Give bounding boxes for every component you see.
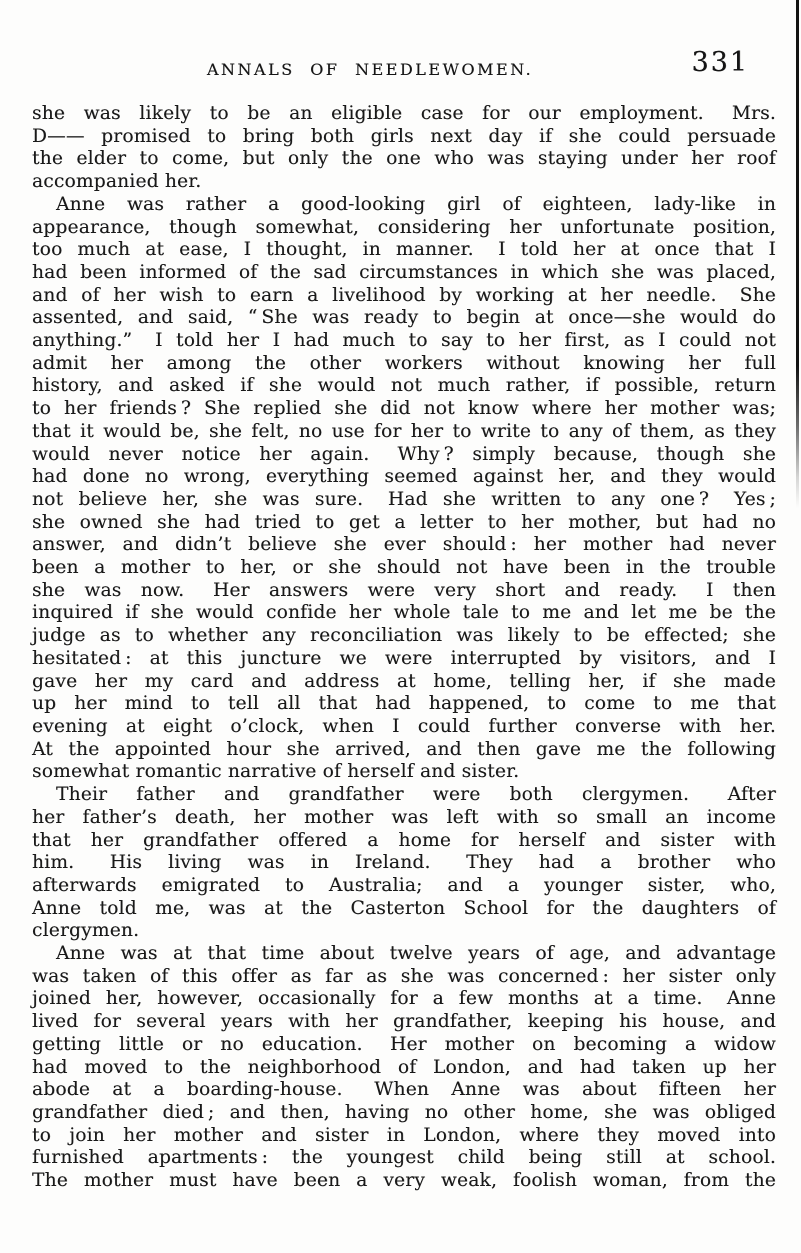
text-line: to join her mother and sister in London,…	[32, 1125, 776, 1148]
paragraph: Their father and grandfather were both c…	[32, 784, 776, 943]
paragraph: Anne was rather a good-looking girl of e…	[32, 194, 776, 784]
text-line: answer, and didn’t believe she ever shou…	[32, 534, 776, 557]
text-line: grandfather died ; and then, having no o…	[32, 1102, 776, 1125]
text-line: would never notice her again. Why ? simp…	[32, 444, 776, 467]
text-line: furnished apartments : the youngest chil…	[32, 1147, 776, 1170]
text-line: assented, and said, “ She was ready to b…	[32, 307, 776, 330]
text-line: had moved to the neighborhood of London,…	[32, 1057, 776, 1080]
text-line: that it would be, she felt, no use for h…	[32, 421, 776, 444]
text-line: Anne was at that time about twelve years…	[32, 943, 776, 966]
paragraph: she was likely to be an eligible case fo…	[32, 103, 776, 194]
text-line: lived for several years with her grandfa…	[32, 1011, 776, 1034]
text-line: was taken of this offer as far as she wa…	[32, 966, 776, 989]
text-line: the elder to come, but only the one who …	[32, 148, 776, 171]
text-line: joined her, however, occasionally for a …	[32, 988, 776, 1011]
scan-edge-artifact	[796, 0, 799, 508]
running-header-title: ANNALS OF NEEDLEWOMEN.	[207, 60, 533, 79]
paragraph: Anne was at that time about twelve years…	[32, 943, 776, 1193]
text-line: she owned she had tried to get a letter …	[32, 512, 776, 535]
text-line: had been informed of the sad circumstanc…	[32, 262, 776, 285]
text-line: Anne told me, was at the Casterton Schoo…	[32, 898, 776, 921]
text-line: she was likely to be an eligible case fo…	[32, 103, 776, 126]
text-line: afterwards emigrated to Australia; and a…	[32, 875, 776, 898]
text-line: accompanied her.	[32, 171, 776, 194]
text-line: The mother must have been a very weak, f…	[32, 1170, 776, 1193]
text-line: hesitated : at this juncture we were int…	[32, 648, 776, 671]
text-line: too much at ease, I thought, in manner. …	[32, 239, 776, 262]
text-line: that her grandfather offered a home for …	[32, 830, 776, 853]
text-line: admit her among the other workers withou…	[32, 353, 776, 376]
text-line: had done no wrong, everything seemed aga…	[32, 466, 776, 489]
text-line: anything.” I told her I had much to say …	[32, 330, 776, 353]
text-line: not believe her, she was sure. Had she w…	[32, 489, 776, 512]
scanned-page: ANNALS OF NEEDLEWOMEN. 331 she was likel…	[0, 0, 801, 1253]
text-line: and of her wish to earn a livelihood by …	[32, 285, 776, 308]
page-body-text: she was likely to be an eligible case fo…	[32, 103, 776, 1193]
text-line: At the appointed hour she arrived, and t…	[32, 739, 776, 762]
text-line: abode at a boarding-house. When Anne was…	[32, 1079, 776, 1102]
text-line: she was now. Her answers were very short…	[32, 580, 776, 603]
text-line: him. His living was in Ireland. They had…	[32, 852, 776, 875]
text-line: judge as to whether any reconciliation w…	[32, 625, 776, 648]
text-line: up her mind to tell all that had happene…	[32, 693, 776, 716]
page-number: 331	[691, 49, 749, 76]
text-line: getting little or no education. Her moth…	[32, 1034, 776, 1057]
text-line: gave her my card and address at home, te…	[32, 671, 776, 694]
text-line: clergymen.	[32, 920, 776, 943]
running-header: ANNALS OF NEEDLEWOMEN. 331	[0, 0, 801, 100]
text-line: to her friends ? She replied she did not…	[32, 398, 776, 421]
text-line: inquired if she would confide her whole …	[32, 602, 776, 625]
text-line: appearance, though somewhat, considering…	[32, 217, 776, 240]
text-line: Their father and grandfather were both c…	[32, 784, 776, 807]
text-line: history, and asked if she would not much…	[32, 375, 776, 398]
text-line: been a mother to her, or she should not …	[32, 557, 776, 580]
text-line: evening at eight o’clock, when I could f…	[32, 716, 776, 739]
text-line: somewhat romantic narrative of herself a…	[32, 761, 776, 784]
text-line: her father’s death, her mother was left …	[32, 807, 776, 830]
text-line: D—— promised to bring both girls next da…	[32, 126, 776, 149]
text-line: Anne was rather a good-looking girl of e…	[32, 194, 776, 217]
